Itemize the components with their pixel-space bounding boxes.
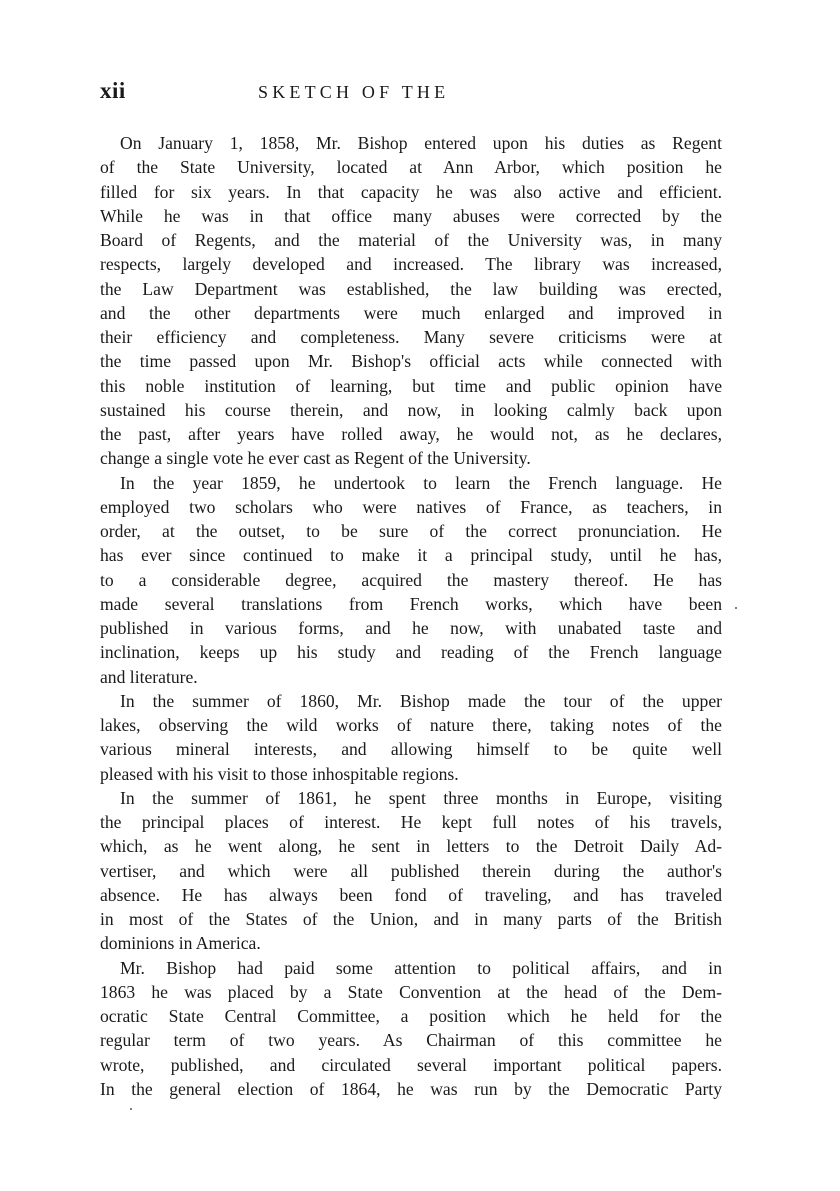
page-number: xii bbox=[100, 78, 126, 104]
text-line: made several translations from French wo… bbox=[100, 592, 722, 616]
text-line: inclination, keeps up his study and read… bbox=[100, 640, 722, 664]
text-line: which, as he went along, he sent in lett… bbox=[100, 834, 722, 858]
running-head: SKETCH OF THE bbox=[258, 82, 449, 103]
text-line: and literature. bbox=[100, 665, 722, 689]
text-line: order, at the outset, to be sure of the … bbox=[100, 519, 722, 543]
text-line: regular term of two years. As Chairman o… bbox=[100, 1028, 722, 1052]
text-line: Mr. Bishop had paid some attention to po… bbox=[100, 956, 722, 980]
text-line: and the other departments were much enla… bbox=[100, 301, 722, 325]
text-line: in most of the States of the Union, and … bbox=[100, 907, 722, 931]
text-line: While he was in that office many abuses … bbox=[100, 204, 722, 228]
text-line: employed two scholars who were natives o… bbox=[100, 495, 722, 519]
paragraph-europe: In the summer of 1861, he spent three mo… bbox=[100, 786, 722, 956]
text-line: of the State University, located at Ann … bbox=[100, 155, 722, 179]
text-line: change a single vote he ever cast as Reg… bbox=[100, 446, 722, 470]
scan-speck bbox=[130, 1108, 132, 1110]
text-line: has ever since continued to make it a pr… bbox=[100, 543, 722, 567]
scan-speck bbox=[735, 607, 737, 609]
paragraph-french: In the year 1859, he undertook to learn … bbox=[100, 471, 722, 689]
text-line: the time passed upon Mr. Bishop's offici… bbox=[100, 349, 722, 373]
text-line: absence. He has always been fond of trav… bbox=[100, 883, 722, 907]
text-line: wrote, published, and circulated several… bbox=[100, 1053, 722, 1077]
text-line: lakes, observing the wild works of natur… bbox=[100, 713, 722, 737]
page-header: xii SKETCH OF THE bbox=[100, 78, 722, 108]
text-line: In the year 1859, he undertook to learn … bbox=[100, 471, 722, 495]
text-line: dominions in America. bbox=[100, 931, 722, 955]
text-line: the past, after years have rolled away, … bbox=[100, 422, 722, 446]
text-line: ocratic State Central Committee, a posit… bbox=[100, 1004, 722, 1028]
paragraph-regent: On January 1, 1858, Mr. Bishop entered u… bbox=[100, 131, 722, 471]
text-line: published in various forms, and he now, … bbox=[100, 616, 722, 640]
text-line: vertiser, and which were all published t… bbox=[100, 859, 722, 883]
text-line: the Law Department was established, the … bbox=[100, 277, 722, 301]
text-line: Board of Regents, and the material of th… bbox=[100, 228, 722, 252]
text-line: On January 1, 1858, Mr. Bishop entered u… bbox=[100, 131, 722, 155]
text-line: this noble institution of learning, but … bbox=[100, 374, 722, 398]
text-line: their efficiency and completeness. Many … bbox=[100, 325, 722, 349]
text-line: In the summer of 1860, Mr. Bishop made t… bbox=[100, 689, 722, 713]
text-line: filled for six years. In that capacity h… bbox=[100, 180, 722, 204]
text-line: to a considerable degree, acquired the m… bbox=[100, 568, 722, 592]
text-line: the principal places of interest. He kep… bbox=[100, 810, 722, 834]
text-line: 1863 he was placed by a State Convention… bbox=[100, 980, 722, 1004]
text-line: In the summer of 1861, he spent three mo… bbox=[100, 786, 722, 810]
text-line: sustained his course therein, and now, i… bbox=[100, 398, 722, 422]
text-line: In the general election of 1864, he was … bbox=[100, 1077, 722, 1101]
paragraph-politics: Mr. Bishop had paid some attention to po… bbox=[100, 956, 722, 1102]
paragraph-lakes: In the summer of 1860, Mr. Bishop made t… bbox=[100, 689, 722, 786]
book-page: xii SKETCH OF THE On January 1, 1858, Mr… bbox=[0, 0, 840, 1191]
text-line: respects, largely developed and increase… bbox=[100, 252, 722, 276]
text-line: pleased with his visit to those inhospit… bbox=[100, 762, 722, 786]
page-body: On January 1, 1858, Mr. Bishop entered u… bbox=[100, 131, 722, 1101]
text-line: various mineral interests, and allowing … bbox=[100, 737, 722, 761]
